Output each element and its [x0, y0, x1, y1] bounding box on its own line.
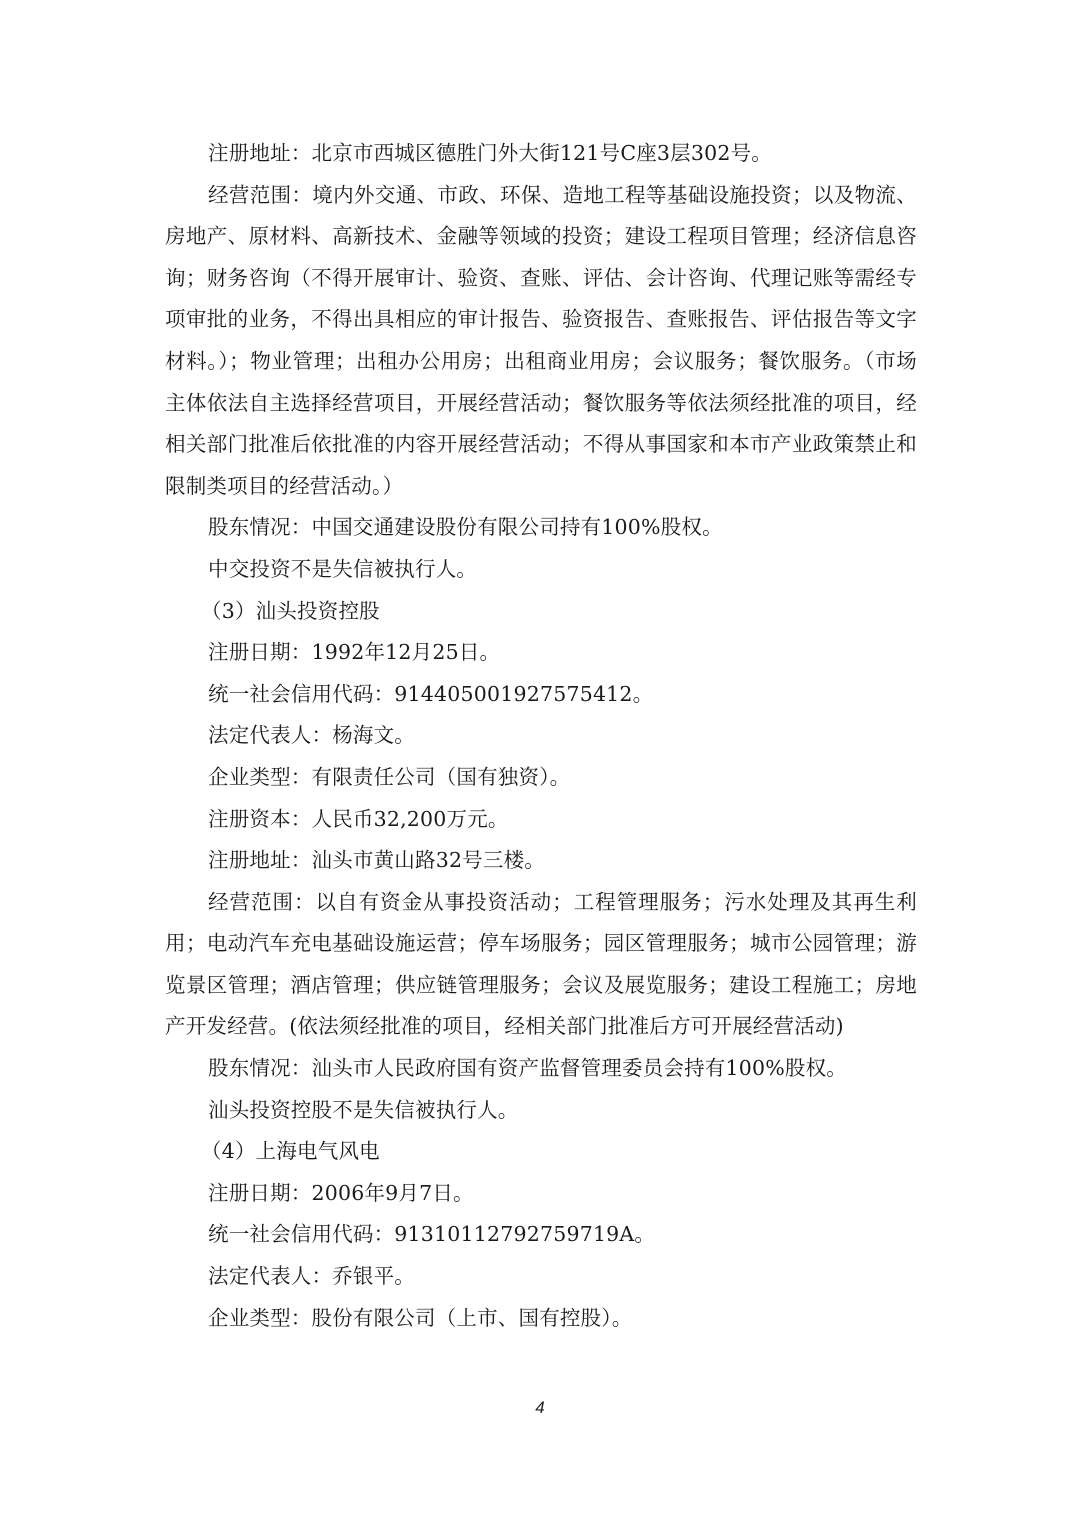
registered-address-zhongjiao: 注册地址：北京市西城区德胜门外大街121号C座3层302号。 — [165, 133, 917, 175]
registered-capital-shantou: 注册资本：人民币32,200万元。 — [165, 799, 917, 841]
registered-address-shantou: 注册地址：汕头市黄山路32号三楼。 — [165, 840, 917, 882]
page-number: 4 — [0, 1398, 1080, 1418]
section-heading-shanghai-electric: （4）上海电气风电 — [165, 1131, 917, 1173]
business-scope-zhongjiao: 经营范围：境内外交通、市政、环保、造地工程等基础设施投资；以及物流、房地产、原材… — [165, 175, 917, 508]
legal-rep-shantou: 法定代表人：杨海文。 — [165, 715, 917, 757]
enterprise-type-shantou: 企业类型：有限责任公司（国有独资）。 — [165, 757, 917, 799]
dishonest-status-zhongjiao: 中交投资不是失信被执行人。 — [165, 549, 917, 591]
credit-code-shantou: 统一社会信用代码：914405001927575412。 — [165, 674, 917, 716]
enterprise-type-shanghai-electric: 企业类型：股份有限公司（上市、国有控股）。 — [165, 1298, 917, 1340]
registration-date-shantou: 注册日期：1992年12月25日。 — [165, 632, 917, 674]
dishonest-status-shantou: 汕头投资控股不是失信被执行人。 — [165, 1090, 917, 1132]
business-scope-shantou: 经营范围：以自有资金从事投资活动；工程管理服务；污水处理及其再生利用；电动汽车充… — [165, 882, 917, 1048]
legal-rep-shanghai-electric: 法定代表人：乔银平。 — [165, 1256, 917, 1298]
shareholder-info-shantou: 股东情况：汕头市人民政府国有资产监督管理委员会持有100%股权。 — [165, 1048, 917, 1090]
document-page-body: 注册地址：北京市西城区德胜门外大街121号C座3层302号。 经营范围：境内外交… — [165, 133, 917, 1339]
registration-date-shanghai-electric: 注册日期：2006年9月7日。 — [165, 1173, 917, 1215]
credit-code-shanghai-electric: 统一社会信用代码：91310112792759719A。 — [165, 1214, 917, 1256]
shareholder-info-zhongjiao: 股东情况：中国交通建设股份有限公司持有100%股权。 — [165, 507, 917, 549]
section-heading-shantou: （3）汕头投资控股 — [165, 591, 917, 633]
